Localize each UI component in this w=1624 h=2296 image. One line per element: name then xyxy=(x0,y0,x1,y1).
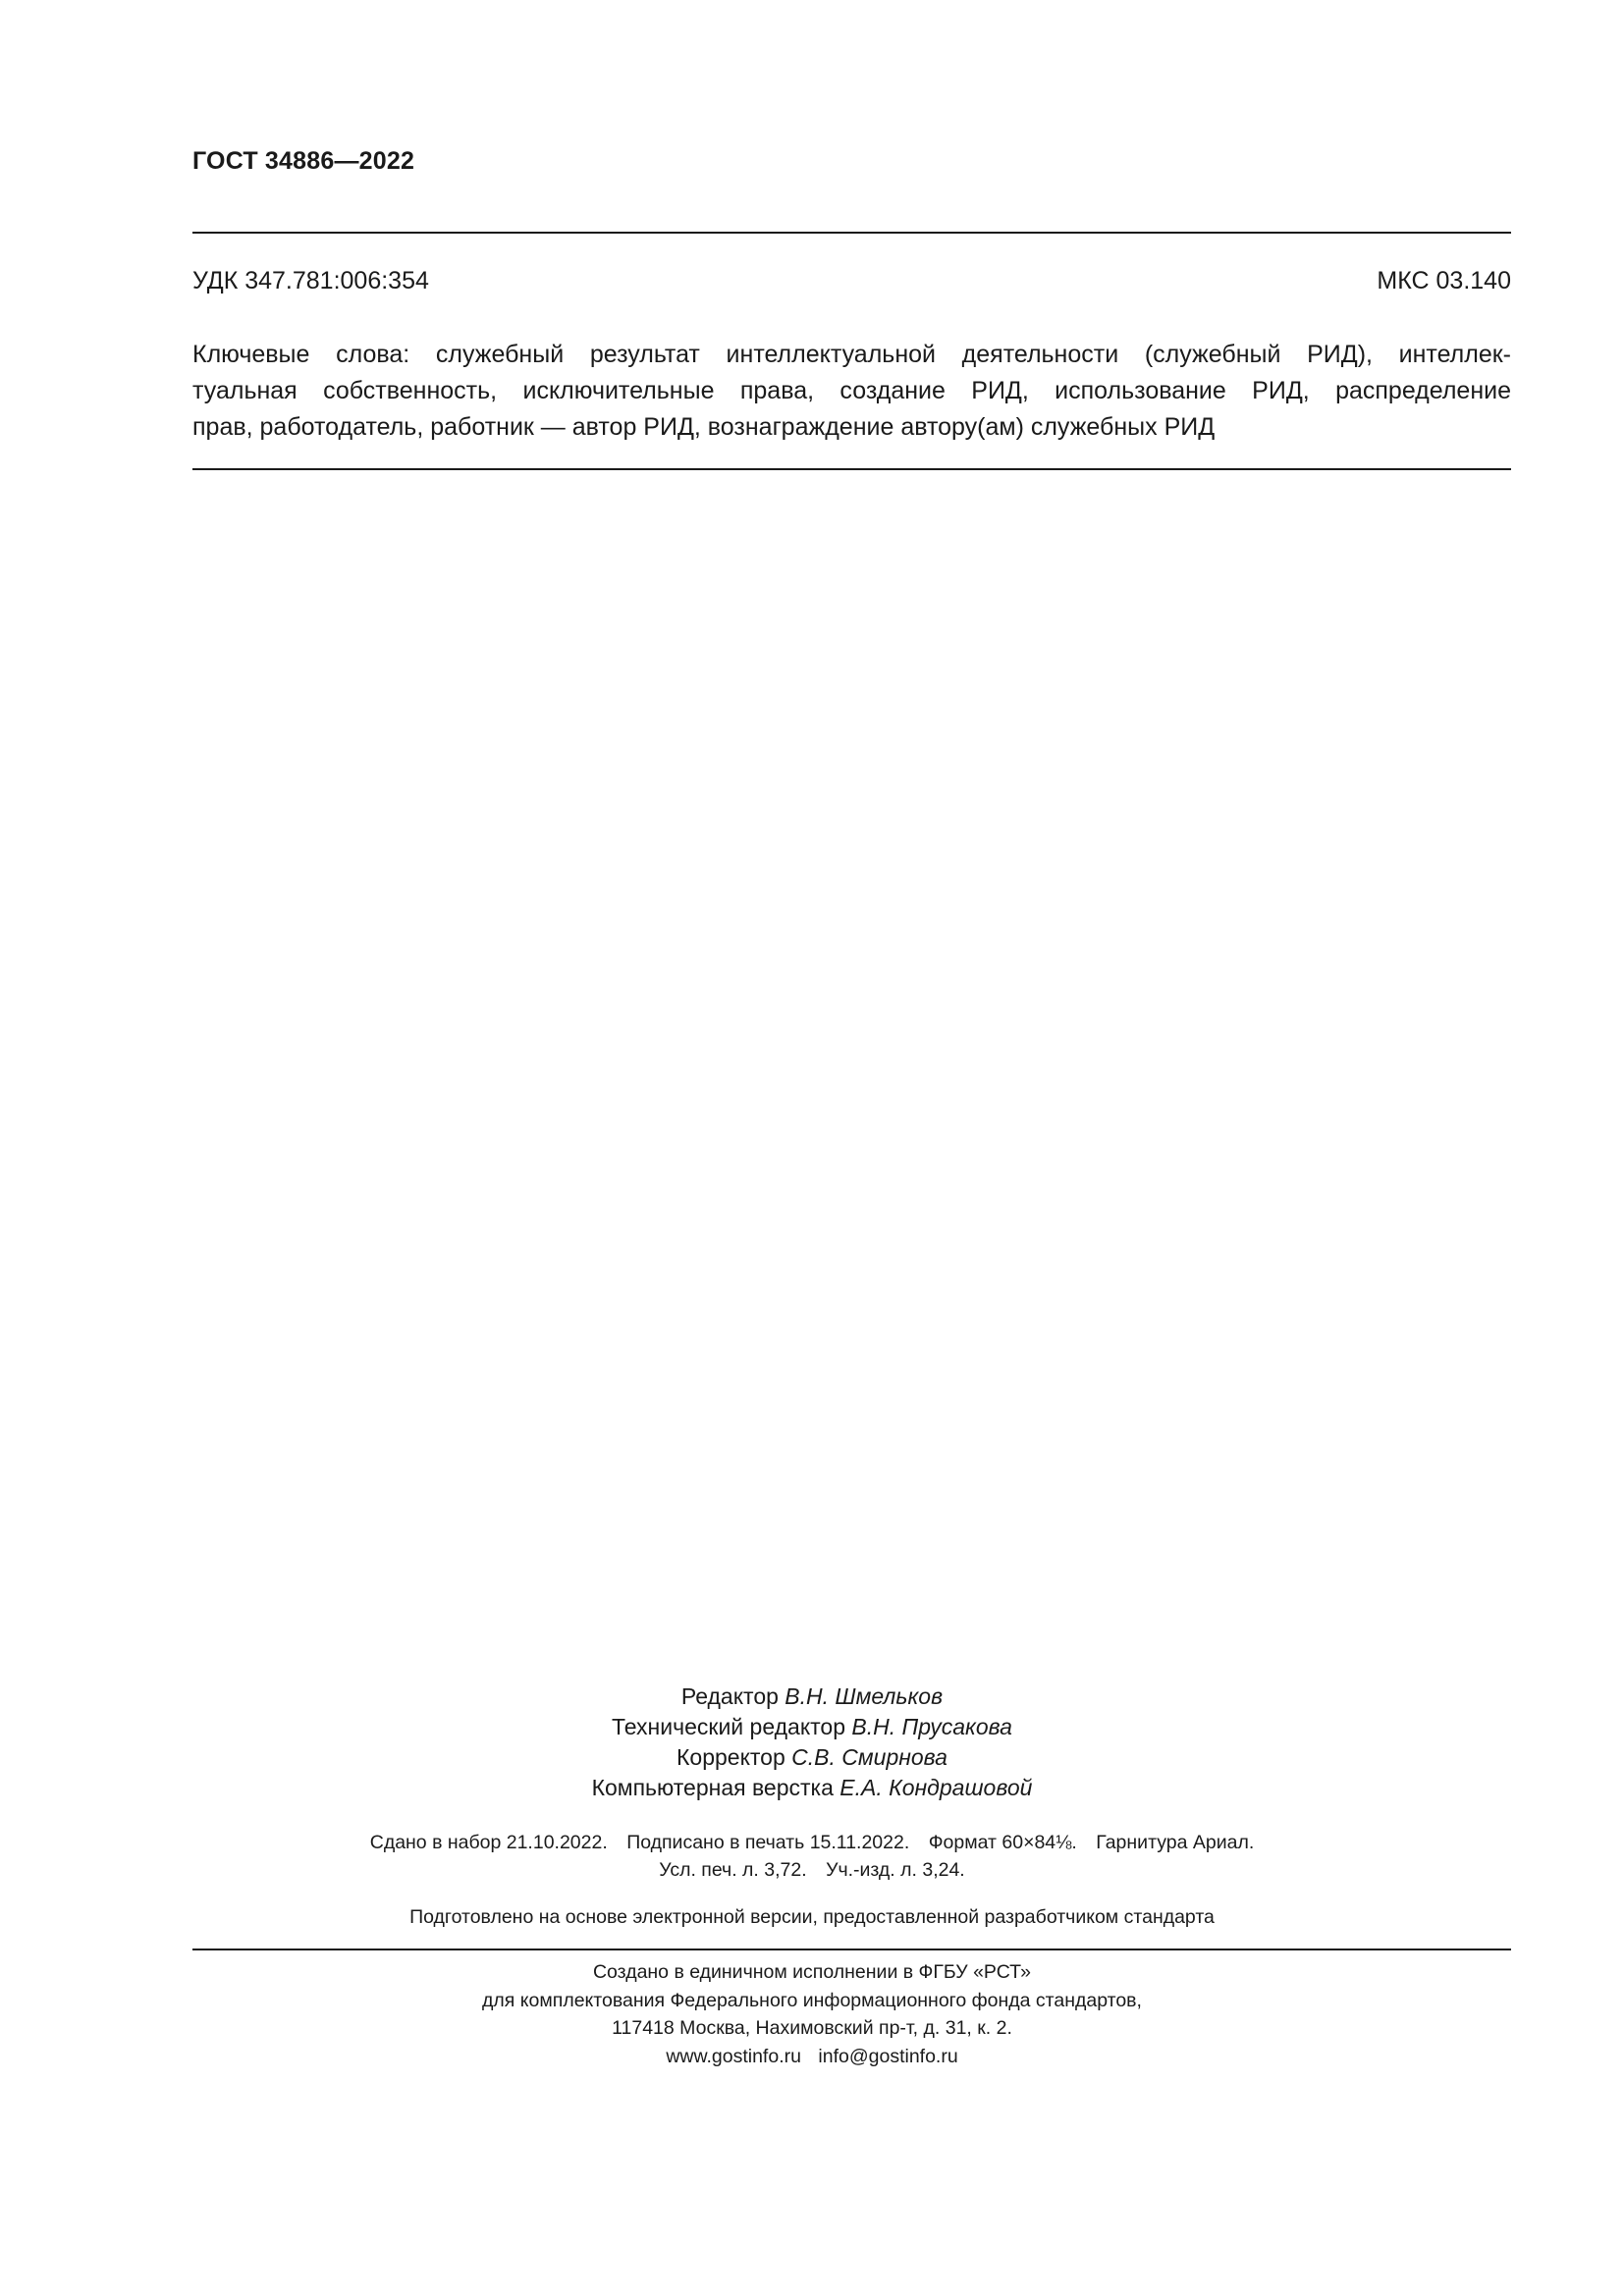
keywords-line: туальная собственность, исключительные п… xyxy=(192,373,1511,409)
publisher-line: Создано в единичном исполнении в ФГБУ «Р… xyxy=(0,1958,1624,1987)
credit-editor: Редактор В.Н. Шмельков xyxy=(0,1682,1624,1712)
credit-role: Корректор xyxy=(677,1744,785,1770)
typeface: Гарнитура Ариал. xyxy=(1096,1832,1254,1853)
credit-name: В.Н. Прусакова xyxy=(851,1714,1012,1739)
credit-name: Е.А. Кондрашовой xyxy=(839,1775,1032,1800)
prepared-note: Подготовлено на основе электронной верси… xyxy=(0,1906,1624,1929)
divider-top xyxy=(192,232,1511,234)
classification-row: УДК 347.781:006:354 МКС 03.140 xyxy=(192,267,1511,295)
credit-tech-editor: Технический редактор В.Н. Прусакова xyxy=(0,1712,1624,1742)
print-sheets: Усл. печ. л. 3,72. xyxy=(659,1859,806,1881)
publisher-address: 117418 Москва, Нахимовский пр-т, д. 31, … xyxy=(0,2014,1624,2043)
typeset-date: Сдано в набор 21.10.2022. xyxy=(370,1832,608,1853)
print-info-line-2: Усл. печ. л. 3,72. Уч.-изд. л. 3,24. xyxy=(0,1856,1624,1884)
credit-role: Технический редактор xyxy=(612,1714,845,1739)
credits-block: Редактор В.Н. Шмельков Технический редак… xyxy=(0,1682,1624,1803)
publisher-block: Создано в единичном исполнении в ФГБУ «Р… xyxy=(0,1958,1624,2070)
credit-role: Компьютерная верстка xyxy=(592,1775,834,1800)
document-code: ГОСТ 34886—2022 xyxy=(192,147,414,176)
signed-date: Подписано в печать 15.11.2022. xyxy=(626,1832,909,1853)
credit-proofreader: Корректор С.В. Смирнова xyxy=(0,1742,1624,1773)
mks-code: МКС 03.140 xyxy=(1377,267,1511,295)
print-info-line-1: Сдано в набор 21.10.2022. Подписано в пе… xyxy=(0,1829,1624,1856)
website-link[interactable]: www.gostinfo.ru xyxy=(666,2046,801,2067)
udk-code: УДК 347.781:006:354 xyxy=(192,267,429,295)
credit-role: Редактор xyxy=(681,1683,779,1709)
paper-format: Формат 60×84⅛. xyxy=(929,1832,1077,1853)
credit-layout: Компьютерная верстка Е.А. Кондрашовой xyxy=(0,1773,1624,1803)
print-info: Сдано в набор 21.10.2022. Подписано в пе… xyxy=(0,1829,1624,1884)
keywords-line: прав, работодатель, работник — автор РИД… xyxy=(192,409,1511,446)
email-link[interactable]: info@gostinfo.ru xyxy=(818,2046,957,2067)
keywords-paragraph: Ключевые слова: служебный результат инте… xyxy=(192,337,1511,446)
divider-bottom xyxy=(192,1949,1511,1950)
publisher-contacts: www.gostinfo.ru info@gostinfo.ru xyxy=(0,2043,1624,2071)
publisher-sheets: Уч.-изд. л. 3,24. xyxy=(826,1859,965,1881)
divider-keywords xyxy=(192,468,1511,470)
credit-name: В.Н. Шмельков xyxy=(785,1683,943,1709)
keywords-line: Ключевые слова: служебный результат инте… xyxy=(192,337,1511,373)
credit-name: С.В. Смирнова xyxy=(791,1744,947,1770)
publisher-line: для комплектования Федерального информац… xyxy=(0,1987,1624,2015)
